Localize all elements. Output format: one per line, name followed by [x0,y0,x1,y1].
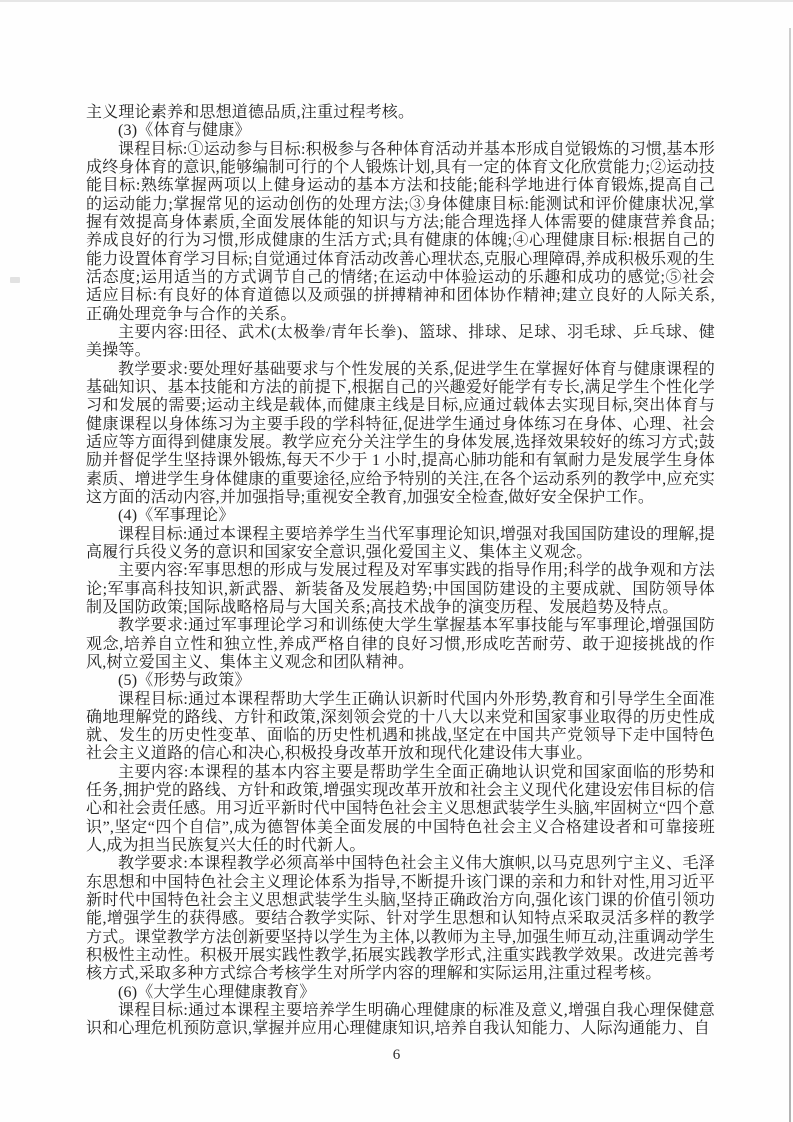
course-heading: (5)《形势与政策》 [86,672,715,690]
scan-speck-artifact [10,277,20,283]
page-number: 6 [0,1047,793,1064]
course-heading: (6)《大学生心理健康教育》 [86,984,715,1002]
paragraph: 教学要求:本课程教学必须高举中国特色社会主义伟大旗帜,以马克思列宁主义、毛泽东思… [86,855,715,983]
paragraph: 教学要求:要处理好基础要求与个性发展的关系,促进学生在掌握好体育与健康课程的基础… [86,361,715,508]
paragraph: 主要内容:田径、武术(太极拳/青年长拳)、篮球、排球、足球、羽毛球、乒乓球、健美… [86,324,715,361]
course-heading: (4)《军事理论》 [86,507,715,525]
paragraph: 主义理论素养和思想道德品质,注重过程考核。 [86,104,715,122]
paragraph: 主要内容:军事思想的形成与发展过程及对军事实践的指导作用;科学的战争观和方法论;… [86,562,715,617]
paragraph: 课程目标:通过本课程主要培养学生明确心理健康的标准及意义,增强自我心理保健意识和… [86,1002,715,1039]
text-block: 主义理论素养和思想道德品质,注重过程考核。(3)《体育与健康》课程目标:①运动参… [86,104,715,1039]
paragraph: 课程目标:通过本课程帮助大学生正确认识新时代国内外形势,教育和引导学生全面准确地… [86,691,715,764]
document-page: 主义理论素养和思想道德品质,注重过程考核。(3)《体育与健康》课程目标:①运动参… [0,0,793,1122]
paragraph: 教学要求:通过军事理论学习和训练使大学生掌握基本军事技能与军事理论,增强国防观念… [86,617,715,672]
course-heading: (3)《体育与健康》 [86,122,715,140]
paragraph: 主要内容:本课程的基本内容主要是帮助学生全面正确地认识党和国家面临的形势和任务,… [86,764,715,856]
paragraph: 课程目标:通过本课程主要培养学生当代军事理论知识,增强对我国国防建设的理解,提高… [86,526,715,563]
paragraph: 课程目标:①运动参与目标:积极参与各种体育活动并基本形成自觉锻炼的习惯,基本形成… [86,141,715,324]
scan-top-edge-artifact [0,0,793,2]
scan-right-edge-artifact [789,28,791,1122]
